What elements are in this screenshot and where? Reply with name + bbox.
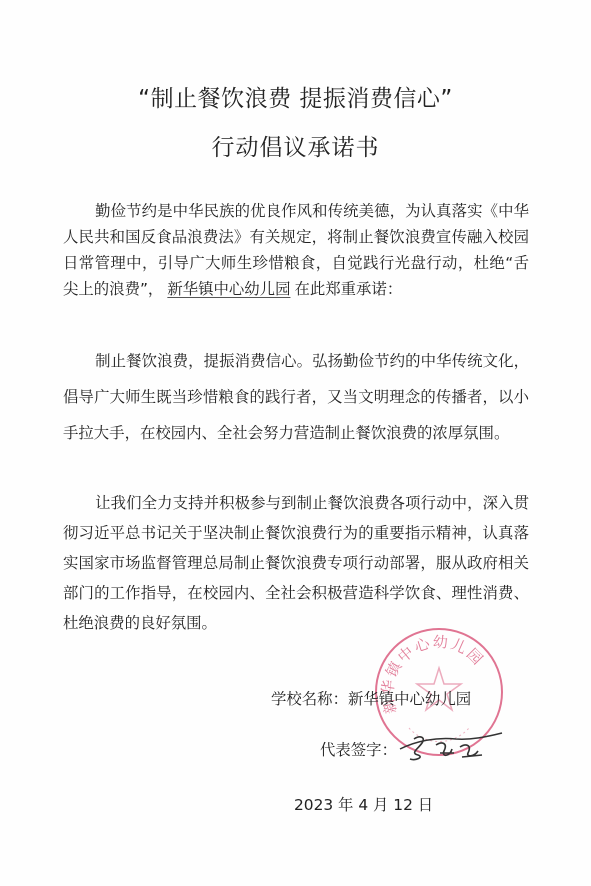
school-name-underlined: 新华镇中心幼儿园 [163, 280, 294, 298]
paragraph-action: 让我们全力支持并积极参与到制止餐饮浪费各项行动中，深入贯彻习近平总书记关于坚决制… [63, 488, 529, 638]
action-text: 让我们全力支持并积极参与到制止餐饮浪费各项行动中，深入贯彻习近平总书记关于坚决制… [63, 494, 529, 632]
document-date: 2023 年 4 月 12 日 [294, 793, 433, 815]
document-subtitle: 行动倡议承诺书 [0, 129, 591, 162]
handwritten-signature-icon [396, 727, 506, 767]
paragraph-pledge: 制止餐饮浪费，提振消费信心。弘扬勤俭节约的中华传统文化，倡导广大师生既当珍惜粮食… [63, 343, 529, 451]
document-page: “制止餐饮浪费 提振消费信心” 行动倡议承诺书 勤俭节约是中华民族的优良作风和传… [0, 0, 591, 886]
document-title: “制止餐饮浪费 提振消费信心” [0, 80, 591, 113]
intro-text-end: 在此郑重承诺： [294, 280, 402, 298]
school-name-value: 新华镇中心幼儿园 [348, 690, 471, 708]
representative-signature-field: 代表签字： [320, 738, 397, 760]
paragraph-intro: 勤俭节约是中华民族的优良作风和传统美德，为认真落实《中华人民共和国反食品浪费法》… [63, 198, 529, 302]
pledge-text: 制止餐饮浪费，提振消费信心。弘扬勤俭节约的中华传统文化，倡导广大师生既当珍惜粮食… [63, 352, 529, 442]
school-name-field: 学校名称：新华镇中心幼儿园 [271, 687, 471, 709]
representative-label: 代表签字： [320, 741, 397, 759]
school-name-label: 学校名称： [271, 690, 348, 708]
